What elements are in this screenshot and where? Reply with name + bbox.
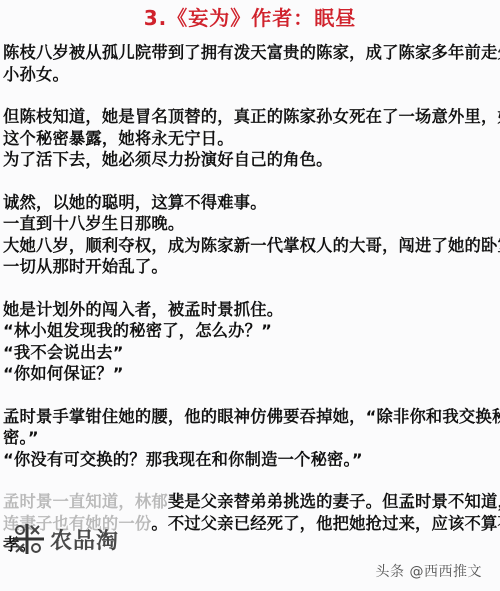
- paragraph-2: 但陈枝知道，她是冒名顶替的，真正的陈家孙女死在了一场意外里，如果 这个秘密暴露，…: [3, 106, 497, 171]
- watermark-text: 农品淘: [50, 524, 119, 555]
- dialogue-line: “你如何保证？”: [3, 363, 497, 385]
- text-segment: 斐是父亲替弟弟挑选的妻子。但孟时景不知道，就: [168, 492, 500, 511]
- text-line: 一切从那时开始乱了。: [3, 256, 497, 278]
- text-line: 她是计划外的闯入者，被孟时景抓住。: [3, 299, 497, 321]
- story-synopsis: 陈枝八岁被从孤儿院带到了拥有泼天富贵的陈家，成了陈家多年前走失的 小孙女。 但陈…: [3, 42, 497, 556]
- faded-text: 孟时景一直知道，林郁: [3, 492, 168, 511]
- dialogue-line: “你没有可交换的？那我现在和你制造一个秘密。”: [3, 449, 497, 471]
- paragraph-3: 诚然，以她的聪明，这算不得难事。 一直到十八岁生日那晚。 大她八岁，顺利夺权，成…: [3, 192, 497, 278]
- xo-grid-logo-icon: [12, 522, 46, 556]
- text-line: 密。”: [3, 427, 497, 449]
- text-line: 诚然，以她的聪明，这算不得难事。: [3, 192, 497, 214]
- page-title: 3.《妄为》作者：眠昼: [0, 3, 500, 33]
- text-segment: 。不过父亲已经死了，他把她抢过来，应该不算不: [151, 514, 500, 533]
- paragraph-4: 她是计划外的闯入者，被孟时景抓住。 “林小姐发现我的秘密了，怎么办？” “我不会…: [3, 299, 497, 385]
- text-line: 但陈枝知道，她是冒名顶替的，真正的陈家孙女死在了一场意外里，如果: [3, 106, 497, 128]
- watermark-logo: 农品淘: [12, 522, 119, 556]
- dialogue-line: “林小姐发现我的秘密了，怎么办？”: [3, 320, 497, 342]
- text-line: 为了活下去，她必须尽力扮演好自己的角色。: [3, 149, 497, 171]
- text-line: 一直到十八岁生日那晚。: [3, 213, 497, 235]
- text-line: 孟时景一直知道，林郁斐是父亲替弟弟挑选的妻子。但孟时景不知道，就: [3, 491, 497, 513]
- paragraph-5: 孟时景手掌钳住她的腰，他的眼神仿佛要吞掉她，“除非你和我交换秘 密。” “你没有…: [3, 406, 497, 471]
- text-line: 小孙女。: [3, 64, 497, 86]
- paragraph-1: 陈枝八岁被从孤儿院带到了拥有泼天富贵的陈家，成了陈家多年前走失的 小孙女。: [3, 42, 497, 85]
- source-attribution: 头条 @西西推文: [376, 561, 482, 581]
- dialogue-line: “我不会说出去”: [3, 342, 497, 364]
- text-line: 孟时景手掌钳住她的腰，他的眼神仿佛要吞掉她，“除非你和我交换秘: [3, 406, 497, 428]
- text-line: 这个秘密暴露，她将永无宁日。: [3, 128, 497, 150]
- text-line: 大她八岁，顺利夺权，成为陈家新一代掌权人的大哥，闯进了她的卧室。: [3, 235, 497, 257]
- text-line: 陈枝八岁被从孤儿院带到了拥有泼天富贵的陈家，成了陈家多年前走失的: [3, 42, 497, 64]
